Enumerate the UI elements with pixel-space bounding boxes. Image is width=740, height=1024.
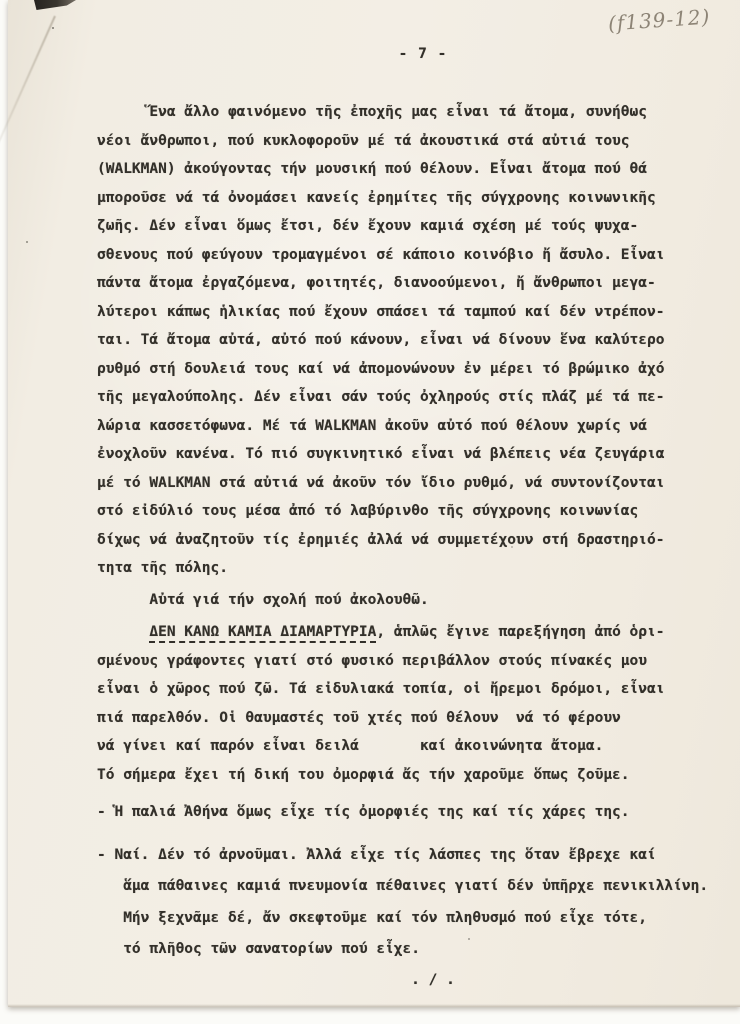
- text-segment: Αὐτά γιά τήν σχολή πού ἀκολουθῶ.: [97, 592, 429, 608]
- text-segment: ζωῆς. Δέν εἶναι ὅμως ἔτσι, δέν ἔχουν καμ…: [97, 218, 638, 234]
- text-segment: ρυθμό στή δουλειά τους καί νά ἀπομονώνου…: [97, 361, 664, 377]
- text-segment: Μήν ξεχνᾶμε δέ, ἄν σκεφτοῦμε καί τόν πλη…: [97, 910, 647, 926]
- text-line: Μήν ξεχνᾶμε δέ, ἄν σκεφτοῦμε καί τόν πλη…: [97, 903, 712, 935]
- text-segment: Ἕνα ἄλλο φαινόμενο τῆς ἐποχῆς μας εἶναι …: [97, 104, 647, 120]
- text-segment: - Ἡ παλιά Ἀθήνα ὅμως εἶχε τίς ὀμορφιές τ…: [97, 804, 630, 820]
- text-line: μέ τό WALKMAN στά αὐτιά νά ἀκοῦν τόν ἴδι…: [97, 469, 712, 498]
- text-line: Αὐτά γιά τήν σχολή πού ἀκολουθῶ.: [97, 586, 712, 615]
- text-line: Τό σήμερα ἔχει τή δική του ὀμορφιά ἄς τή…: [97, 761, 712, 790]
- text-segment: μέ τό WALKMAN στά αὐτιά νά ἀκοῦν τόν ἴδι…: [97, 475, 664, 491]
- text-line: νά γίνει καί παρόν εἶναι δειλά καί ἀκοιν…: [97, 732, 712, 761]
- text-segment: - Ναί. Δέν τό ἀρνοῦμαι. Ἀλλά εἶχε τίς λά…: [97, 847, 656, 863]
- text-segment: λύτεροι κάπως ἡλικίας πού ἔχουν σπάσει τ…: [97, 304, 664, 320]
- dialog-block: - Ναί. Δέν τό ἀρνοῦμαι. Ἀλλά εἶχε τίς λά…: [97, 840, 712, 966]
- text-segment: λώρια κασσετόφωνα. Μέ τά WALKMAN ἀκοῦν α…: [97, 418, 647, 434]
- page-number: - 7 -: [368, 46, 478, 62]
- corner-fold-mark: [34, 0, 76, 10]
- text-segment: (WALKMAN) ἀκούγοντας τήν μουσική πού θέλ…: [97, 161, 647, 177]
- paper-speck: [26, 241, 28, 243]
- text-line: σμένους γράφοντες γιατί στό φυσικό περιβ…: [97, 647, 712, 676]
- text-line: λώρια κασσετόφωνα. Μέ τά WALKMAN ἀκοῦν α…: [97, 412, 712, 441]
- dialog-block: - Ἡ παλιά Ἀθήνα ὅμως εἶχε τίς ὀμορφιές τ…: [97, 797, 712, 829]
- text-line: ἐνοχλοῦν κανένα. Τό πιό συγκινητικό εἶνα…: [97, 440, 712, 469]
- text-line: - Ἡ παλιά Ἀθήνα ὅμως εἶχε τίς ὀμορφιές τ…: [97, 797, 712, 829]
- text-segment: εἶναι ὁ χῶρος πού ζῶ. Τά εἰδυλιακά τοπία…: [97, 681, 664, 697]
- text-segment: τητα τῆς πόλης.: [97, 560, 228, 576]
- text-segment: , ἁπλῶς ἔγινε παρεξήγηση ἀπό ὁρι-: [376, 624, 664, 640]
- text-line: στό εἰδύλιό τους μέσα ἀπό τό λαβύρινθο τ…: [97, 497, 712, 526]
- text-segment: δίχως νά ἀναζητοῦν τίς ἐρημιές ἀλλά νά σ…: [97, 532, 664, 548]
- text-line: ρυθμό στή δουλειά τους καί νά ἀπομονώνου…: [97, 355, 712, 384]
- text-line: πιά παρελθόν. Οἱ θαυμαστές τοῦ χτές πού …: [97, 704, 712, 733]
- text-line: δίχως νά ἀναζητοῦν τίς ἐρημιές ἀλλά νά σ…: [97, 526, 712, 555]
- text-line: μποροῦσε νά τά ὀνομάσει κανείς ἐρημίτες …: [97, 184, 712, 213]
- text-segment: πιά παρελθόν. Οἱ θαυμαστές τοῦ χτές πού …: [97, 710, 621, 726]
- text-line: ἅμα πάθαινες καμιά πνευμονία πέθαινες γι…: [97, 871, 712, 903]
- text-line: ΔΕΝ ΚΑΝΩ ΚΑΜΙΑ ΔΙΑΜΑΡΤΥΡΙΑ, ἁπλῶς ἔγινε …: [97, 618, 712, 647]
- paragraph-block: Ἕνα ἄλλο φαινόμενο τῆς ἐποχῆς μας εἶναι …: [97, 98, 712, 583]
- text-segment: τῆς μεγαλούπολης. Δέν εἶναι σάν τούς ὀχλ…: [97, 389, 664, 405]
- paper-crease: [0, 16, 56, 204]
- text-segment: σθενους πού φεύγουν τρομαγμένοι σέ κάποι…: [97, 247, 664, 263]
- text-line: λύτεροι κάπως ἡλικίας πού ἔχουν σπάσει τ…: [97, 298, 712, 327]
- text-line: τῆς μεγαλούπολης. Δέν εἶναι σάν τούς ὀχλ…: [97, 383, 712, 412]
- text-segment: ται. Τά ἄτομα αὐτά, αὐτό πού κάνουν, εἶν…: [97, 332, 664, 348]
- paragraph-block: Αὐτά γιά τήν σχολή πού ἀκολουθῶ.: [97, 586, 712, 615]
- text-segment: ἅμα πάθαινες καμιά πνευμονία πέθαινες γι…: [97, 878, 708, 894]
- text-line: - Ναί. Δέν τό ἀρνοῦμαι. Ἀλλά εἶχε τίς λά…: [97, 840, 712, 872]
- paper-speck: [52, 27, 54, 29]
- text-segment: ἐνοχλοῦν κανένα. Τό πιό συγκινητικό εἶνα…: [97, 446, 664, 462]
- text-line: σθενους πού φεύγουν τρομαγμένοι σέ κάποι…: [97, 241, 712, 270]
- paragraph-block: ΔΕΝ ΚΑΝΩ ΚΑΜΙΑ ΔΙΑΜΑΡΤΥΡΙΑ, ἁπλῶς ἔγινε …: [97, 618, 712, 789]
- text-segment: σμένους γράφοντες γιατί στό φυσικό περιβ…: [97, 653, 647, 669]
- scanned-document-page: (f139-12) - 7 - Ἕνα ἄλλο φαινόμενο τῆς ἐ…: [0, 0, 740, 1024]
- text-line: τητα τῆς πόλης.: [97, 554, 712, 583]
- underlined-text: ΔΕΝ ΚΑΝΩ ΚΑΜΙΑ ΔΙΑΜΑΡΤΥΡΙΑ: [149, 624, 376, 643]
- text-line: ζωῆς. Δέν εἶναι ὅμως ἔτσι, δέν ἔχουν καμ…: [97, 212, 712, 241]
- end-of-page-mark: . / .: [388, 972, 478, 988]
- text-segment: μποροῦσε νά τά ὀνομάσει κανείς ἐρημίτες …: [97, 190, 656, 206]
- text-segment: [97, 624, 149, 640]
- text-line: εἶναι ὁ χῶρος πού ζῶ. Τά εἰδυλιακά τοπία…: [97, 675, 712, 704]
- text-segment: νά γίνει καί παρόν εἶναι δειλά καί ἀκοιν…: [97, 738, 603, 754]
- text-segment: πάντα ἄτομα ἐργαζόμενα, φοιτητές, διανοο…: [97, 275, 656, 291]
- text-line: τό πλῆθος τῶν σανατορίων πού εἶχε.: [97, 934, 712, 966]
- text-segment: Τό σήμερα ἔχει τή δική του ὀμορφιά ἄς τή…: [97, 767, 630, 783]
- text-line: Ἕνα ἄλλο φαινόμενο τῆς ἐποχῆς μας εἶναι …: [97, 98, 712, 127]
- text-line: νέοι ἄνθρωποι, πού κυκλοφοροῦν μέ τά ἀκο…: [97, 127, 712, 156]
- text-segment: στό εἰδύλιό τους μέσα ἀπό τό λαβύρινθο τ…: [97, 503, 638, 519]
- text-line: ται. Τά ἄτομα αὐτά, αὐτό πού κάνουν, εἶν…: [97, 326, 712, 355]
- text-line: πάντα ἄτομα ἐργαζόμενα, φοιτητές, διανοο…: [97, 269, 712, 298]
- document-body: Ἕνα ἄλλο φαινόμενο τῆς ἐποχῆς μας εἶναι …: [97, 98, 712, 966]
- text-segment: νέοι ἄνθρωποι, πού κυκλοφοροῦν μέ τά ἀκο…: [97, 133, 630, 149]
- text-line: (WALKMAN) ἀκούγοντας τήν μουσική πού θέλ…: [97, 155, 712, 184]
- text-segment: τό πλῆθος τῶν σανατορίων πού εἶχε.: [97, 941, 420, 957]
